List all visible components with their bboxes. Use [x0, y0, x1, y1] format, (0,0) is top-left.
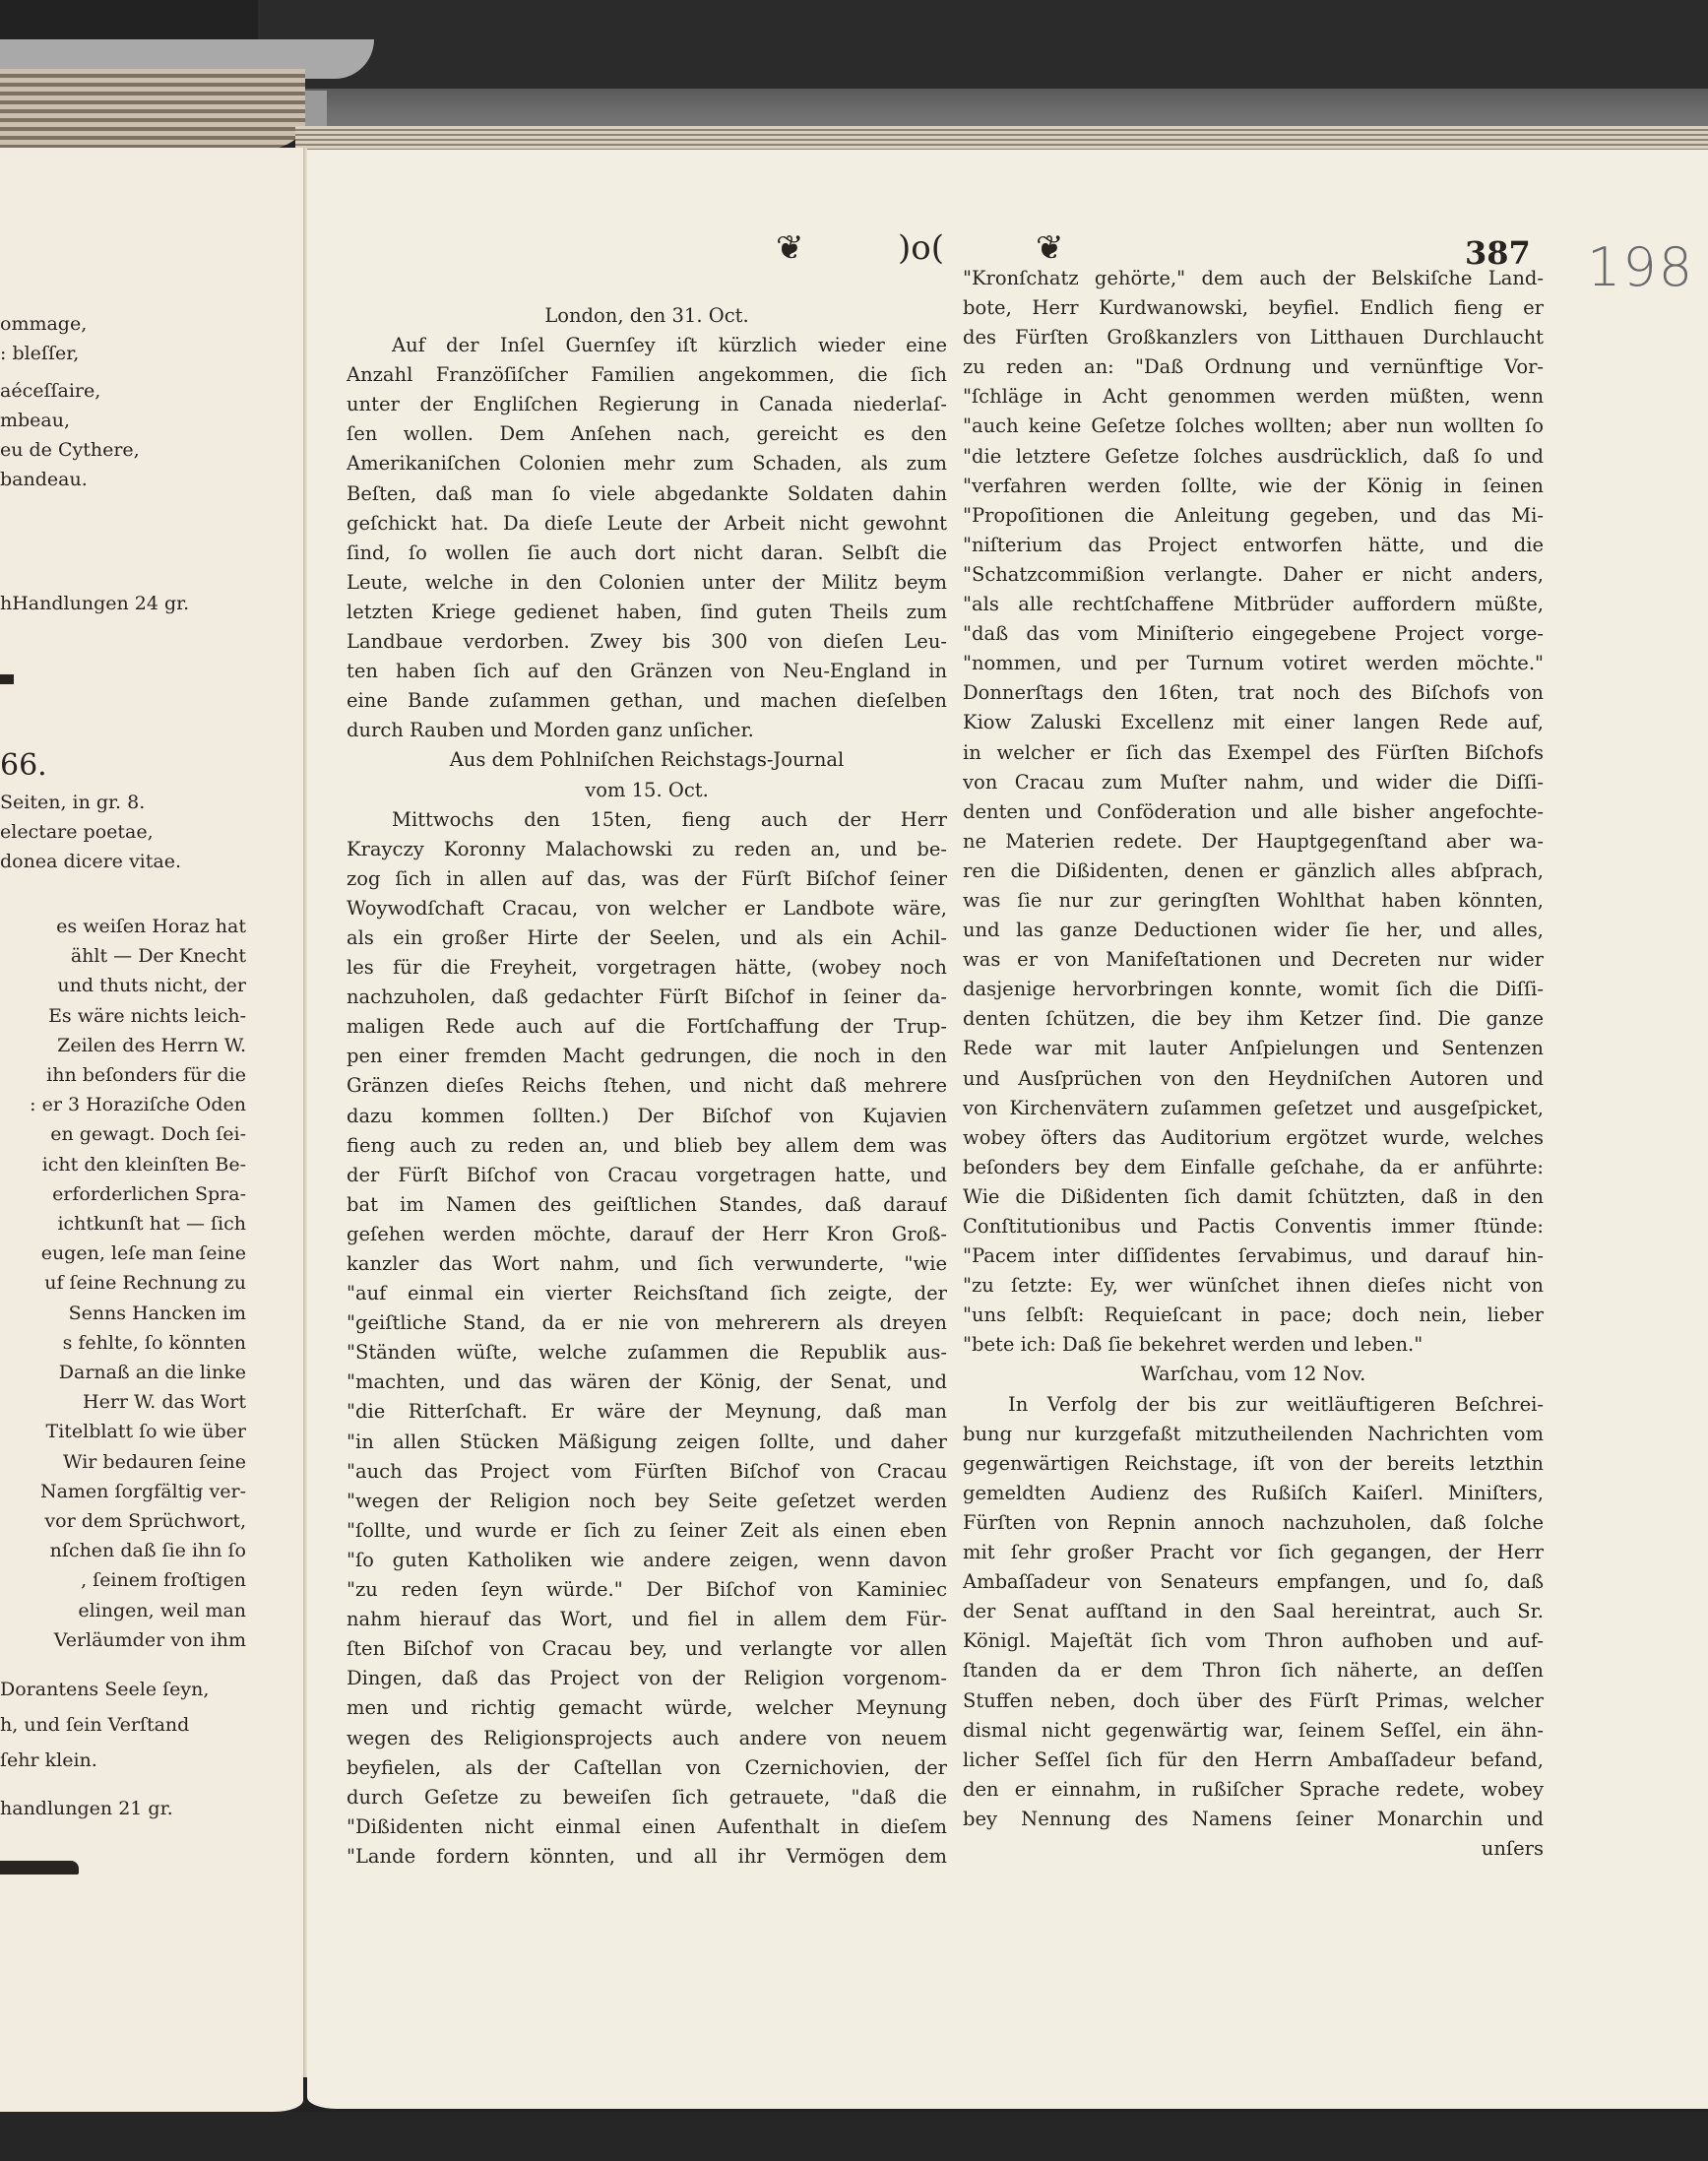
- left-fragment-block2: Seiten, in gr. 8. electare poetae, donea…: [0, 788, 256, 876]
- text-line: "in allen Stücken Mäßigung zeigen ſollte…: [347, 1428, 947, 1457]
- text-line: und las ganze Deductionen wider ſie her,…: [963, 916, 1544, 945]
- text-line: ſind, ſo wollen ſie auch dort nicht dara…: [347, 539, 947, 568]
- text-line: nſchen daß ſie ihn ſo: [0, 1536, 246, 1565]
- section-heading: vom 15. Oct.: [347, 776, 947, 805]
- text-line: Titelblatt ſo wie über: [0, 1417, 246, 1446]
- text-line: "machten, und das wären der König, der S…: [347, 1367, 947, 1397]
- text-line: mit ſehr großer Pracht vor ſich gegangen…: [963, 1538, 1544, 1567]
- text-line: Donnerſtags den 16ten, trat noch des Biſ…: [963, 678, 1544, 708]
- text-line: kanzler das Wort nahm, und ſich verwunde…: [347, 1249, 947, 1279]
- text-line: "Pacem inter diſſidentes ſervabimus, und…: [963, 1241, 1544, 1271]
- text-line: "auch das Project vom Fürſten Biſchof vo…: [347, 1457, 947, 1487]
- text-line: Rede war mit lauter Anſpielungen und Sen…: [963, 1034, 1544, 1063]
- text-line: bat im Namen des geiſtlichen Standes, da…: [347, 1190, 947, 1220]
- text-line: Leute, welche in den Colonien unter der …: [347, 568, 947, 598]
- text-line: Wir bedauren ſeine: [0, 1447, 246, 1477]
- text-line: in welcher er ſich das Exempel des Fürſt…: [963, 738, 1544, 768]
- left-page-edges: [0, 69, 305, 153]
- text-line: unſers: [963, 1834, 1544, 1864]
- text-line: ſehr klein.: [0, 1743, 256, 1778]
- text-line: : bleſſer,: [0, 339, 256, 368]
- text-line: vor dem Sprüchwort,: [0, 1506, 246, 1536]
- text-line: den er einnahm, in rußiſcher Sprache red…: [963, 1775, 1544, 1805]
- text-line: denten und Conföderation und alle bisher…: [963, 797, 1544, 827]
- section-heading: London, den 31. Oct.: [347, 301, 947, 331]
- text-line: Senns Hancken im: [0, 1299, 246, 1328]
- left-fragment-block1: ommage, : bleſſer, aéceſſaire, mbeau, eu…: [0, 309, 256, 494]
- text-line: ihn beſonders für die: [0, 1060, 246, 1090]
- text-line: : er 3 Horaziſche Oden: [0, 1090, 246, 1119]
- folio-number: 198: [1587, 236, 1694, 298]
- text-line: Herr W. das Wort: [0, 1387, 246, 1417]
- text-line: "auch keine Geſetze ſolches wollten; abe…: [963, 412, 1544, 441]
- text-line: "Dißidenten nicht einmal einen Aufenthal…: [347, 1812, 947, 1842]
- text-line: beſonders bey dem Einfalle geſchahe, da …: [963, 1153, 1544, 1182]
- text-line: Es wäre nichts leich-: [0, 1001, 246, 1031]
- text-line: maligen Rede auch auf die Fortſchaffung …: [347, 1012, 947, 1042]
- text-line: Landbaue verdorben. Zwey bis 300 von die…: [347, 627, 947, 657]
- text-line: Anzahl Franzöſiſcher Familien angekommen…: [347, 360, 947, 390]
- text-line: nachzuholen, daß gedachter Fürſt Biſchof…: [347, 983, 947, 1012]
- text-line: "die Ritterſchaft. Er wäre der Meynung, …: [347, 1397, 947, 1427]
- text-line: "niſterium das Project entworfen hätte, …: [963, 531, 1544, 560]
- text-line: "geiſtliche Stand, da er nie von mehrere…: [347, 1308, 947, 1338]
- text-line: "Ständen wüſte, welche zuſammen die Repu…: [347, 1338, 947, 1367]
- text-line: Zeilen des Herrn W.: [0, 1031, 246, 1060]
- text-line: donea dicere vitae.: [0, 847, 256, 876]
- price-line: hHandlungen 24 gr.: [0, 589, 256, 618]
- text-line: "ſchläge in Acht genommen werden müßten,…: [963, 382, 1544, 412]
- text-line: Woywodſchaft Cracau, von welcher er Land…: [347, 894, 947, 923]
- text-line: was ſie nur zur geringſten Wohlthat habe…: [963, 886, 1544, 916]
- text-line: In Verfolg der bis zur weitläuftigeren B…: [963, 1390, 1544, 1420]
- text-line: bote, Herr Kurdwanowski, beyfiel. Endlic…: [963, 293, 1544, 323]
- shell-ornament-icon: ❦: [1036, 228, 1064, 268]
- text-line: ſtanden da er dem Thron ſich näherte, an…: [963, 1656, 1544, 1685]
- text-line: Krayczy Koronny Malachowski zu reden an,…: [347, 835, 947, 864]
- text-line: eugen, leſe man ſeine: [0, 1239, 246, 1268]
- text-line: denten ſchützen, die bey ihm Ketzer ſind…: [963, 1004, 1544, 1034]
- text-line: Mittwochs den 15ten, fieng auch der Herr: [347, 805, 947, 835]
- text-line: "ſollte, und wurde er ſich zu ſeiner Zei…: [347, 1516, 947, 1546]
- text-line: ren die Dißidenten, denen er gänzlich al…: [963, 857, 1544, 886]
- section-rule: [0, 674, 14, 684]
- text-line: "uns ſelbſt: Requieſcant in pace; doch n…: [963, 1301, 1544, 1330]
- text-line: h, und ſein Verſtand: [0, 1707, 256, 1743]
- text-line: Verläumder von ihm: [0, 1625, 246, 1655]
- text-line: es weiſen Horaz hat: [0, 912, 246, 941]
- text-line: "verfahren werden ſollte, wie der König …: [963, 472, 1544, 501]
- text-line: licher Seſſel ſich für den Herrn Ambaſſa…: [963, 1746, 1544, 1775]
- text-line: Auf der Inſel Guernſey iſt kürzlich wied…: [347, 331, 947, 360]
- board-tape: [258, 89, 1708, 130]
- text-line: fieng auch zu reden an, und blieb bey al…: [347, 1131, 947, 1161]
- text-line: pen einer fremden Macht gedrungen, die n…: [347, 1042, 947, 1071]
- text-line: des Fürſten Großkanzlers von Litthauen D…: [963, 323, 1544, 352]
- text-line: Amerikaniſchen Colonien mehr zum Schaden…: [347, 449, 947, 478]
- section-heading: 66.: [0, 748, 256, 784]
- text-line: nahm hierauf das Wort, und fiel in allem…: [347, 1605, 947, 1634]
- text-line: "nommen, und per Turnum votiret werden m…: [963, 649, 1544, 678]
- text-line: wobey öfters das Auditorium ergötzet wur…: [963, 1123, 1544, 1153]
- text-line: Darnaß an die linke: [0, 1358, 246, 1387]
- text-line: elingen, weil man: [0, 1596, 246, 1625]
- text-line: erforderlichen Spra-: [0, 1179, 246, 1209]
- text-line: bandeau.: [0, 465, 256, 494]
- section-heading: Aus dem Pohlniſchen Reichstags-Journal: [347, 745, 947, 775]
- text-line: eine Bande zuſammen gethan, und machen d…: [347, 686, 947, 716]
- text-line: "bete ich: Daß ſie bekehret werden und l…: [963, 1330, 1544, 1360]
- text-line: eu de Cythere,: [0, 435, 256, 465]
- text-line: Dorantens Seele ſeyn,: [0, 1672, 256, 1707]
- text-line: "zu reden ſeyn würde." Der Biſchof von K…: [347, 1575, 947, 1605]
- text-line: s fehlte, ſo könnten: [0, 1328, 246, 1358]
- text-line: der Fürſt Biſchof von Cracau vorgetragen…: [347, 1161, 947, 1190]
- text-line: "wegen der Religion noch bey Seite geſet…: [347, 1487, 947, 1516]
- text-line: "Kronſchatz gehörte," dem auch der Belsk…: [963, 264, 1544, 293]
- text-line: "auf einmal ein vierter Reichsſtand ſich…: [347, 1279, 947, 1308]
- text-line: gegenwärtigen Reichstage, iſt von der be…: [963, 1449, 1544, 1479]
- text-line: ſten Biſchof von Cracau bey, und verlang…: [347, 1634, 947, 1664]
- left-fragment-block4: Dorantens Seele ſeyn, h, und ſein Verſta…: [0, 1672, 256, 1778]
- text-line: dismal nicht gegenwärtig war, ſeinem Seſ…: [963, 1716, 1544, 1746]
- text-line: ichtkunſt hat — ſich: [0, 1209, 246, 1239]
- text-line: "als alle rechtſchaffene Mitbrüder auffo…: [963, 590, 1544, 619]
- text-line: electare poetae,: [0, 817, 256, 847]
- text-line: "Schatzcommißion verlangte. Daher er nic…: [963, 560, 1544, 590]
- text-line: von Kirchenvätern zuſammen geſetzet und …: [963, 1094, 1544, 1123]
- text-line: geſehen werden möchte, darauf der Herr K…: [347, 1220, 947, 1249]
- left-fragment-block3: es weiſen Horaz hat ählt — Der Knecht un…: [0, 912, 246, 1655]
- text-line: dazu kommen ſollten.) Der Biſchof von Ku…: [347, 1102, 947, 1131]
- price-line: handlungen 21 gr.: [0, 1794, 256, 1823]
- section-heading: Warſchau, vom 12 Nov.: [963, 1360, 1544, 1389]
- text-line: Wie die Dißidenten ſich damit ſchützten,…: [963, 1182, 1544, 1212]
- text-line: Seiten, in gr. 8.: [0, 788, 256, 817]
- text-line: Königl. Majeſtät ſich vom Thron aufhoben…: [963, 1626, 1544, 1656]
- text-line: Kiow Zaluski Excellenz mit einer langen …: [963, 708, 1544, 737]
- text-line: wegen des Religionsprojects auch andere …: [347, 1724, 947, 1753]
- text-line: ählt — Der Knecht: [0, 941, 246, 971]
- text-line: letzten Kriege gedienet haben, ſind gute…: [347, 598, 947, 627]
- text-line: uf ſeine Rechnung zu: [0, 1268, 246, 1298]
- text-line: mbeau,: [0, 406, 256, 435]
- text-line: bung nur kurzgefaßt mitzutheilenden Nach…: [963, 1420, 1544, 1449]
- text-line: dasjenige hervorbringen konnte, womit ſi…: [963, 975, 1544, 1004]
- text-line: "Propoſitionen die Anleitung gegeben, un…: [963, 501, 1544, 531]
- text-line: icht den kleinſten Be-: [0, 1150, 246, 1179]
- text-line: , ſeinem froſtigen: [0, 1565, 246, 1595]
- text-line: ne Materien redete. Der Hauptgegenſtand …: [963, 827, 1544, 857]
- text-line: und thuts nicht, der: [0, 971, 246, 1000]
- text-line: aéceſſaire,: [0, 376, 256, 406]
- text-line: "Lande fordern könnten, und all ihr Verm…: [347, 1842, 947, 1872]
- text-line: les für die Freyheit, vorgetragen hätte,…: [347, 953, 947, 983]
- left-text-column: London, den 31. Oct.Auf der Inſel Guernſ…: [347, 301, 947, 1872]
- text-line: Namen ſorgfältig ver-: [0, 1477, 246, 1506]
- text-line: "zu ſetzte: Ey, wer wünſchet ihnen dieſe…: [963, 1271, 1544, 1301]
- text-line: "daß das vom Miniſterio eingegebene Proj…: [963, 619, 1544, 649]
- section-rule: [0, 1861, 79, 1875]
- text-line: Gränzen dieſes Reichs ſtehen, und nicht …: [347, 1071, 947, 1101]
- text-line: unter der Engliſchen Regierung in Canada…: [347, 390, 947, 419]
- text-line: "ſo guten Katholiken wie andere zeigen, …: [347, 1546, 947, 1575]
- text-line: ommage,: [0, 309, 256, 339]
- text-line: "die letztere Geſetze ſolches ausdrückli…: [963, 442, 1544, 472]
- text-line: en gewagt. Doch ſei-: [0, 1119, 246, 1149]
- shell-ornament-icon: ❦: [776, 228, 804, 268]
- text-line: gemeldten Audienz des Rußiſch Kaiſerl. M…: [963, 1479, 1544, 1508]
- text-line: zog ſich in allen auf das, was der Fürſt…: [347, 864, 947, 894]
- text-line: durch Geſetze zu beweiſen ſich getrauete…: [347, 1783, 947, 1812]
- center-ornament-icon: )o(: [898, 228, 944, 268]
- text-line: und Ausſprüchen von den Heydniſchen Auto…: [963, 1064, 1544, 1094]
- text-line: ſen wollen. Dem Anſehen nach, gereicht e…: [347, 419, 947, 449]
- text-line: durch Rauben und Morden ganz unſicher.: [347, 716, 947, 745]
- text-line: geſchickt hat. Da dieſe Leute der Arbeit…: [347, 509, 947, 539]
- text-line: was er von Manifeſtationen und Decreten …: [963, 945, 1544, 975]
- text-line: als ein großer Hirte der Seelen, und als…: [347, 923, 947, 953]
- text-line: der Senat aufſtand in den Saal hereintra…: [963, 1597, 1544, 1626]
- book-board: [258, 0, 1708, 89]
- right-text-column: "Kronſchatz gehörte," dem auch der Belsk…: [963, 264, 1544, 1864]
- text-line: beyfielen, als der Caſtellan von Czernic…: [347, 1753, 947, 1783]
- text-line: Stuffen neben, doch über des Fürſt Prima…: [963, 1686, 1544, 1716]
- text-line: Ambaſſadeur von Senateurs empfangen, und…: [963, 1567, 1544, 1597]
- text-line: Fürſten von Repnin annoch nachzuholen, d…: [963, 1508, 1544, 1538]
- text-line: Beſten, daß man ſo viele abgedankte Sold…: [347, 479, 947, 509]
- text-line: Dingen, daß das Project von der Religion…: [347, 1664, 947, 1693]
- text-line: men und richtig gemacht würde, welcher M…: [347, 1693, 947, 1723]
- text-line: von Cracau zum Muſter nahm, und wider di…: [963, 768, 1544, 797]
- text-line: bey Nennung des Namens ſeiner Monarchin …: [963, 1805, 1544, 1834]
- bottom-shadow: [0, 2112, 1708, 2161]
- text-line: Conſtitutionibus und Pactis Conventis im…: [963, 1212, 1544, 1241]
- text-line: zu reden an: "Daß Ordnung und vernünftig…: [963, 352, 1544, 382]
- text-line: ten haben ſich auf den Gränzen von Neu-E…: [347, 657, 947, 686]
